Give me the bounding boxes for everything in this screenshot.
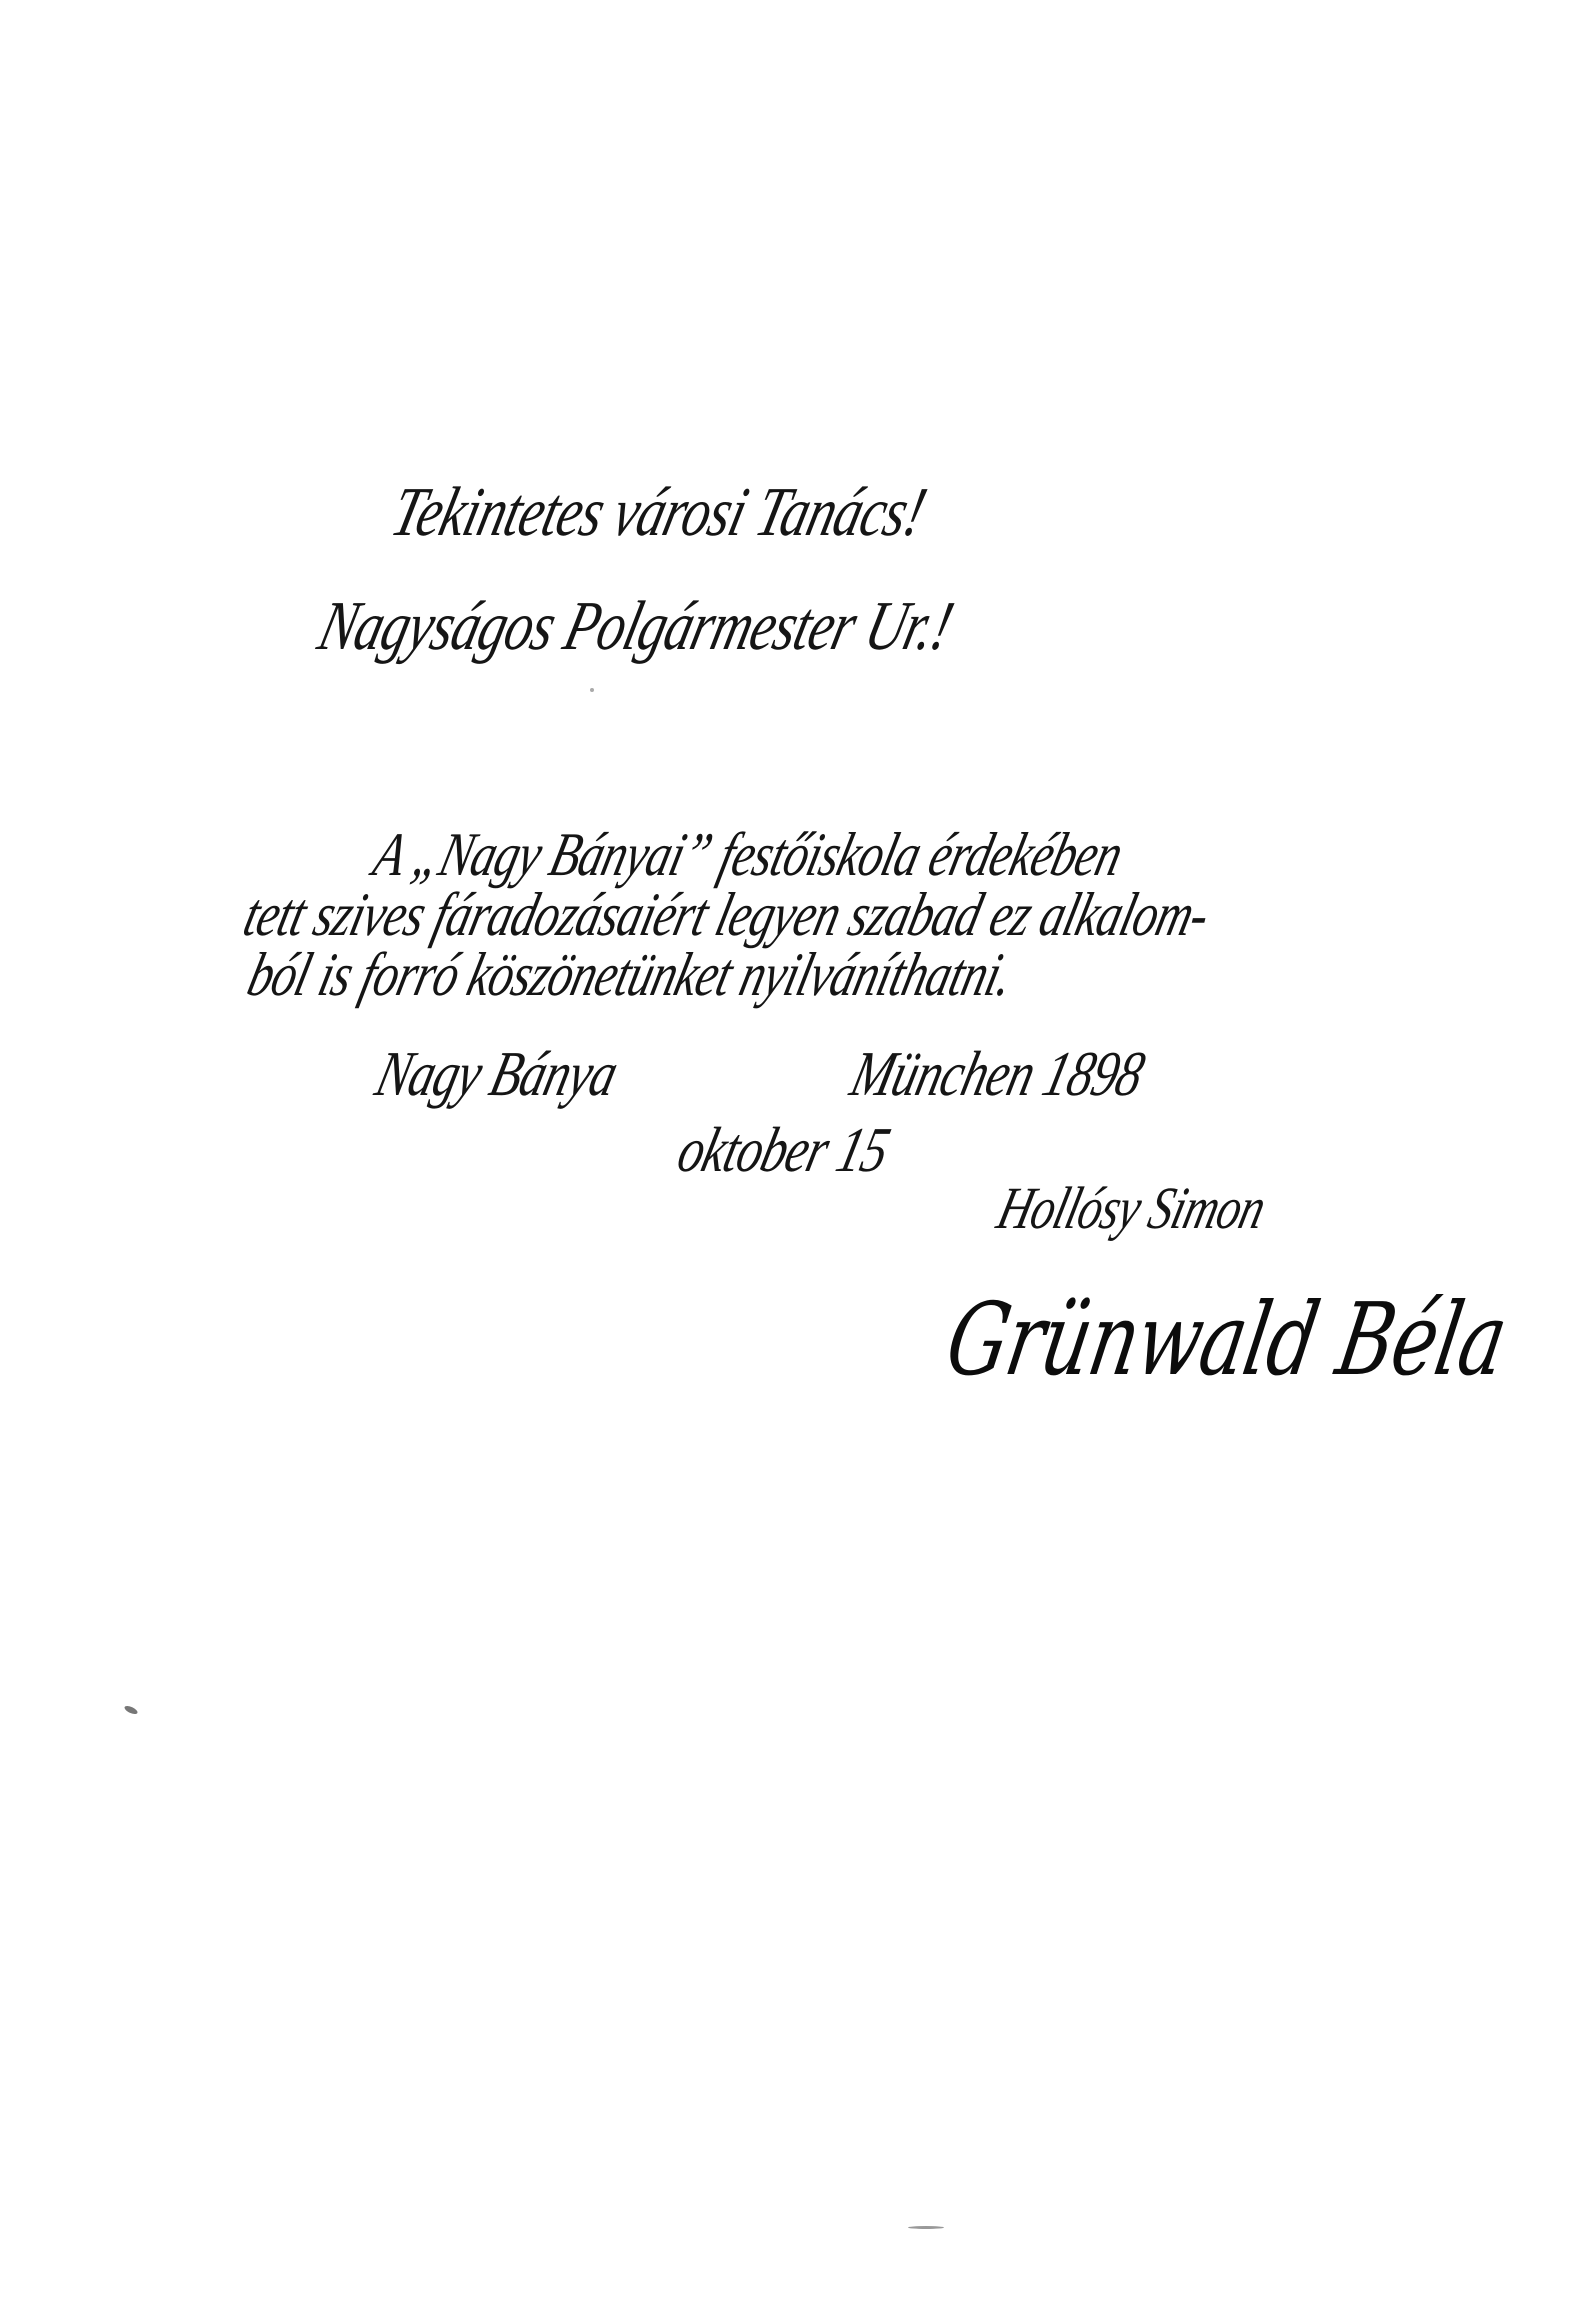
salutation-line-2: Nagyságos Polgármester Ur.!	[312, 592, 959, 662]
date-day: oktober 15	[672, 1118, 895, 1182]
signature-grunwald: Grünwald Béla	[940, 1290, 1513, 1390]
salutation-line-1: Tekintetes városi Tanács!	[385, 478, 932, 548]
body-line-1: A „Nagy Bányai” festőiskola érdekében	[368, 824, 1128, 886]
city-year: München 1898	[845, 1042, 1150, 1106]
scan-speck	[908, 2226, 944, 2229]
letter-page: Tekintetes városi Tanács! Nagyságos Polg…	[0, 0, 1576, 2306]
body-line-3: ból is forró köszönetünket nyilváníthatn…	[242, 944, 1019, 1006]
body-line-2: tett szives fáradozásaiért legyen szabad…	[238, 884, 1215, 946]
place-name: Nagy Bánya	[370, 1042, 624, 1106]
signature-hollosy: Hollósy Simon	[992, 1178, 1271, 1238]
scan-speck	[590, 688, 594, 692]
scan-speck	[123, 1704, 138, 1715]
